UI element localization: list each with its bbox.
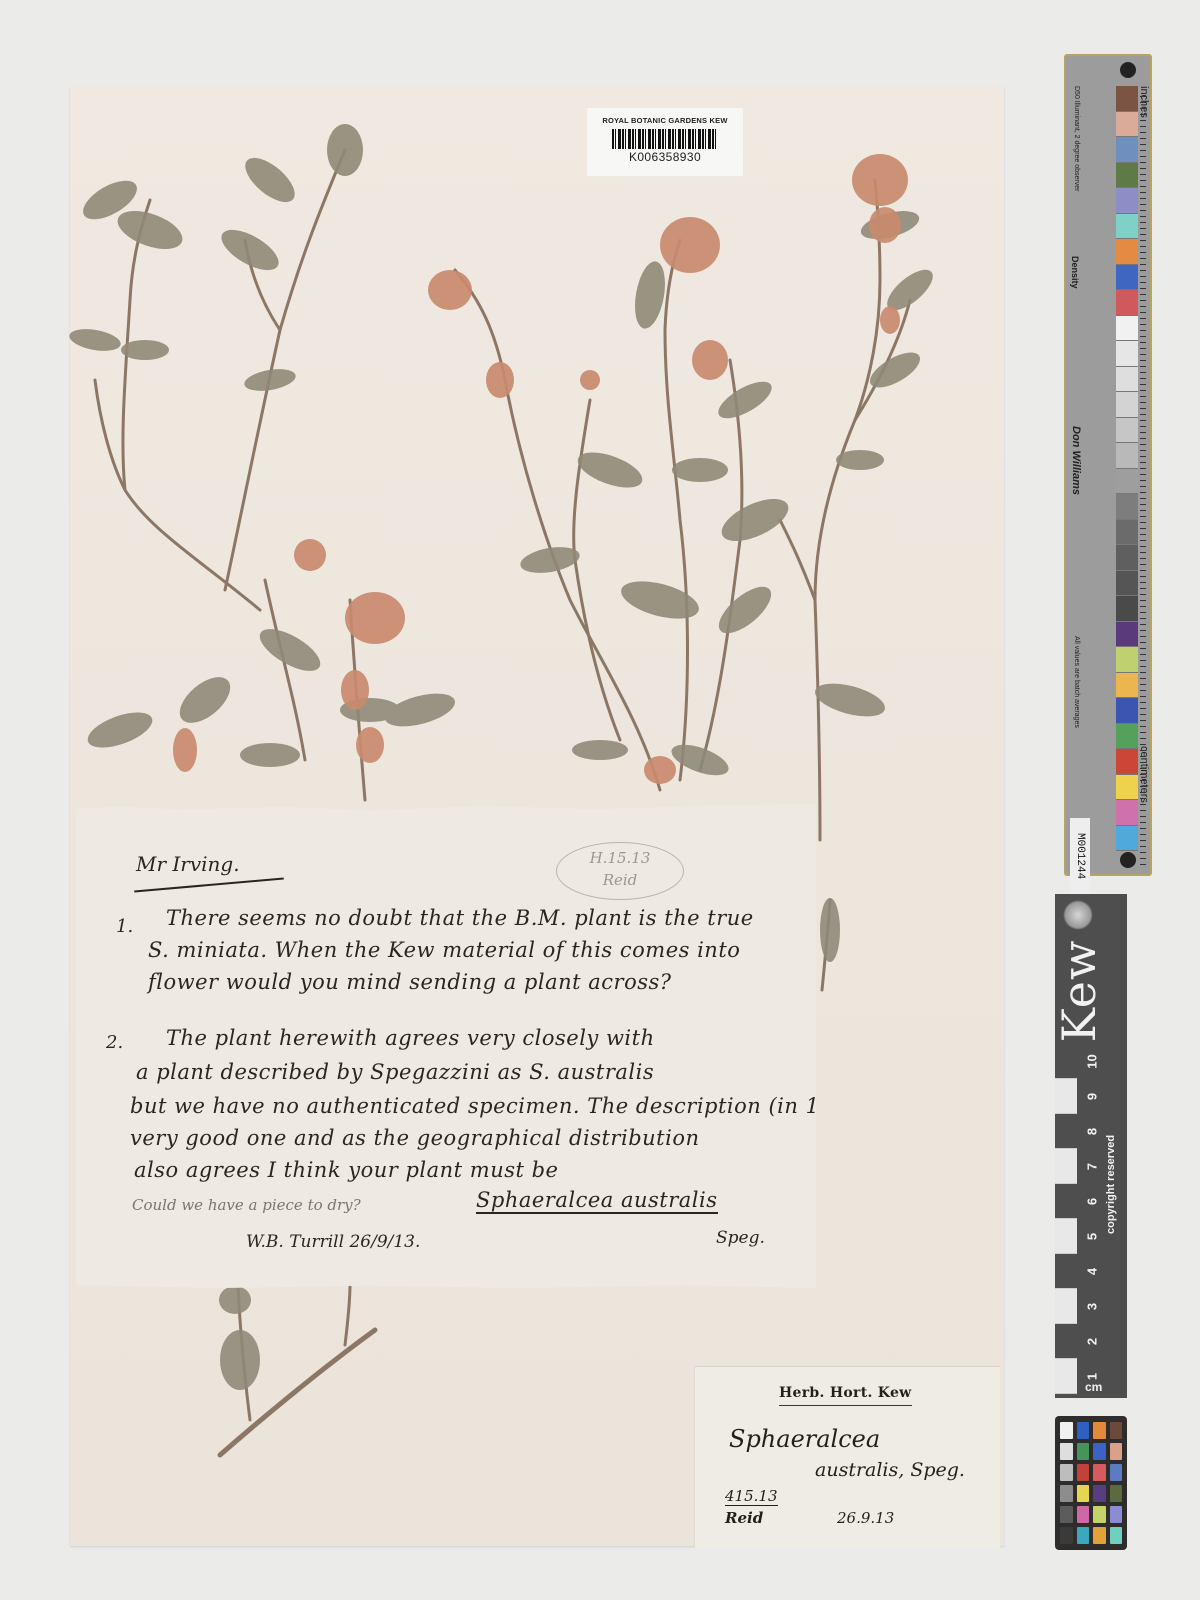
letter-line: There seems no doubt that the B.M. plant… [166, 906, 754, 930]
species-epithet: australis, Speg. [815, 1459, 965, 1481]
institution-barcode-label: ROYAL BOTANIC GARDENS KEW K006358930 [587, 108, 743, 176]
checker-swatch [1093, 1506, 1106, 1523]
copyright-label: copyright reserved [1105, 1135, 1117, 1234]
checker-swatch [1110, 1485, 1123, 1502]
color-patches [1116, 86, 1138, 851]
determination-label: Herb. Hort. Kew Sphaeralcea australis, S… [694, 1366, 1000, 1548]
color-patch [1116, 520, 1138, 546]
letter-signature: W.B. Turrill 26/9/13. [246, 1232, 420, 1252]
ruler-ticks [1140, 96, 1146, 866]
salutation-underline [134, 877, 284, 892]
checker-swatch [1110, 1464, 1123, 1481]
checker-swatch [1077, 1485, 1090, 1502]
color-patch [1116, 418, 1138, 444]
cm-unit-label: cm [1085, 1380, 1102, 1394]
color-patch [1116, 469, 1138, 495]
maker-label: Don Williams [1070, 426, 1082, 495]
letter-aside: Could we have a piece to dry? [132, 1196, 361, 1214]
collection-date: 26.9.13 [837, 1509, 894, 1527]
letter-line: The plant herewith agrees very closely w… [166, 1026, 655, 1050]
color-patch [1116, 596, 1138, 622]
checker-swatch [1093, 1464, 1106, 1481]
color-patch [1116, 775, 1138, 801]
institution-name: ROYAL BOTANIC GARDENS KEW [587, 116, 743, 125]
color-patch [1116, 545, 1138, 571]
checker-swatch [1060, 1527, 1073, 1544]
letter-line: a plant described by Spegazzini as S. au… [136, 1060, 654, 1084]
color-checker-card [1055, 1416, 1127, 1550]
color-patch [1116, 673, 1138, 699]
color-patch [1116, 341, 1138, 367]
barcode-icon [612, 129, 718, 149]
barcode-number: K006358930 [587, 150, 743, 164]
density-label: Density [1070, 256, 1080, 289]
determination-author: Speg. [716, 1228, 765, 1248]
color-patch [1116, 443, 1138, 469]
checker-swatch [1077, 1422, 1090, 1439]
genus-name: Sphaeralcea [729, 1425, 880, 1453]
strip-code: M001244 [1070, 818, 1090, 894]
checker-swatch [1077, 1443, 1090, 1460]
paragraph-2-number: 2. [106, 1032, 123, 1053]
letter-line: also agrees I think your plant must be [134, 1158, 558, 1182]
color-patch [1116, 494, 1138, 520]
color-patch [1116, 698, 1138, 724]
accession-number: 415.13 [725, 1487, 778, 1506]
checker-swatch [1077, 1506, 1090, 1523]
paragraph-1-number: 1. [116, 916, 133, 937]
color-patch [1116, 239, 1138, 265]
letter-line: but we have no authenticated specimen. T… [130, 1094, 916, 1118]
kew-crest-icon [1063, 900, 1093, 930]
letter-salutation: Mr Irving. [136, 852, 240, 876]
color-patch [1116, 188, 1138, 214]
checker-swatch [1060, 1464, 1073, 1481]
color-patch [1116, 214, 1138, 240]
checker-swatch [1093, 1527, 1106, 1544]
letter-line: flower would you mind sending a plant ac… [148, 970, 672, 994]
strip-hole-icon [1120, 852, 1136, 868]
color-patch [1116, 392, 1138, 418]
color-patch [1116, 290, 1138, 316]
color-patch [1116, 800, 1138, 826]
color-patch [1116, 724, 1138, 750]
checker-swatch [1110, 1527, 1123, 1544]
herbarium-name: Herb. Hort. Kew [779, 1385, 912, 1406]
checker-swatch [1110, 1506, 1123, 1523]
checker-swatch [1060, 1443, 1073, 1460]
checker-swatch [1093, 1443, 1106, 1460]
color-patch [1116, 367, 1138, 393]
color-patch [1116, 316, 1138, 342]
determination-name: Sphaeralcea australis [476, 1188, 718, 1214]
checker-swatch [1110, 1422, 1123, 1439]
color-patch [1116, 826, 1138, 852]
color-patch [1116, 112, 1138, 138]
checker-swatch [1077, 1464, 1090, 1481]
batch-note: All values are batch averages [1073, 636, 1080, 728]
color-patch [1116, 749, 1138, 775]
checker-swatch [1060, 1422, 1073, 1439]
color-patch [1116, 647, 1138, 673]
kew-brand: Kew [1052, 931, 1106, 1051]
checker-swatch [1077, 1527, 1090, 1544]
checker-swatch [1093, 1485, 1106, 1502]
checker-swatch [1060, 1485, 1073, 1502]
accession-stamp: H.15.13 Reid [556, 842, 684, 900]
color-patch [1116, 163, 1138, 189]
color-patch [1116, 622, 1138, 648]
checker-swatch [1110, 1443, 1123, 1460]
color-patch [1116, 265, 1138, 291]
strip-hole-icon [1120, 62, 1136, 78]
kew-scale-bar: Kew copyright reserved 10 9 8 7 6 5 4 3 … [1055, 894, 1127, 1398]
handwritten-letter: Mr Irving. H.15.13 Reid 1. There seems n… [76, 804, 816, 1288]
collector-name: Reid [725, 1509, 763, 1527]
illuminant-label: D50 Illuminant, 2 degree observer [1073, 86, 1080, 191]
cm-tick-labels: 10 9 8 7 6 5 4 3 2 1 [1081, 1044, 1103, 1394]
color-patch [1116, 137, 1138, 163]
color-patch [1116, 86, 1138, 112]
checker-swatch [1093, 1422, 1106, 1439]
letter-line: S. miniata. When the Kew material of thi… [148, 938, 740, 962]
color-patch [1116, 571, 1138, 597]
checker-swatch [1060, 1506, 1073, 1523]
letter-line: very good one and as the geographical di… [130, 1126, 699, 1150]
color-calibration-strip: inches D50 Illuminant, 2 degree observer… [1064, 54, 1152, 876]
